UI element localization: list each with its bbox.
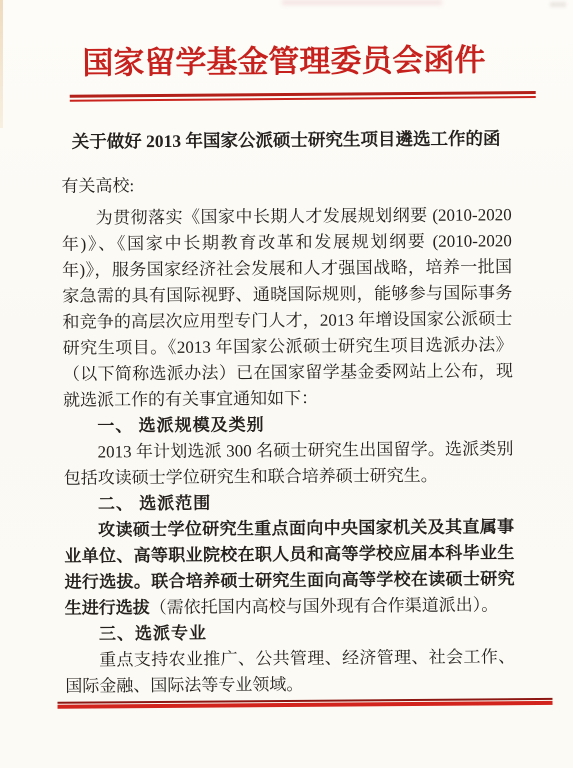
letterhead-divider — [70, 91, 536, 102]
intro-paragraph: 为贯彻落实《国家中长期人才发展规划纲要 (2010-2020 年)》、《国家中长… — [62, 202, 514, 414]
scan-tilt-wrapper: 国家留学基金管理委员会函件 关于做好 2013 年国家公派硕士研究生项目遴选工作… — [0, 0, 573, 768]
scan-smudge-artifact — [282, 0, 442, 5]
section-2-heading: 二、 选派范围 — [64, 488, 514, 518]
letter-body: 关于做好 2013 年国家公派硕士研究生项目遴选工作的函 有关高校: 为贯彻落实… — [61, 125, 515, 700]
section-1-paragraph: 2013 年计划选派 300 名硕士研究生出国留学。选派类别包括攻读硕士学位研究… — [63, 436, 513, 492]
section-3-heading: 三、选派专业 — [65, 618, 515, 648]
document-title: 关于做好 2013 年国家公派硕士研究生项目遴选工作的函 — [61, 125, 511, 155]
section-2-text-run: （需依托国内高校与国外现有合作渠道派出）。 — [150, 595, 499, 617]
section-3-text-run: 重点支持农业推广、公共管理、经济管理、社会工作、国际金融、国际法等专业领域。 — [65, 647, 515, 696]
scanned-letter-page: 国家留学基金管理委员会函件 关于做好 2013 年国家公派硕士研究生项目遴选工作… — [0, 0, 573, 768]
footer-divider — [57, 698, 552, 709]
section-1-text-run: 2013 年计划选派 300 名硕士研究生出国留学。选派类别包括攻读硕士学位研究… — [64, 439, 514, 488]
salutation: 有关高校: — [61, 170, 511, 200]
section-1-heading: 一、 选派规模及类别 — [63, 410, 513, 440]
section-3-paragraph: 重点支持农业推广、公共管理、经济管理、社会工作、国际金融、国际法等专业领域。 — [65, 644, 515, 700]
scan-smudge-artifact-2 — [550, 2, 566, 7]
section-2-paragraph: 攻读硕士学位研究生重点面向中央国家机关及其直属事业单位、高等职业院校在职人员和高… — [64, 514, 515, 622]
scan-edge-artifact — [0, 0, 3, 128]
letterhead-title: 国家留学基金管理委员会函件 — [0, 34, 571, 83]
